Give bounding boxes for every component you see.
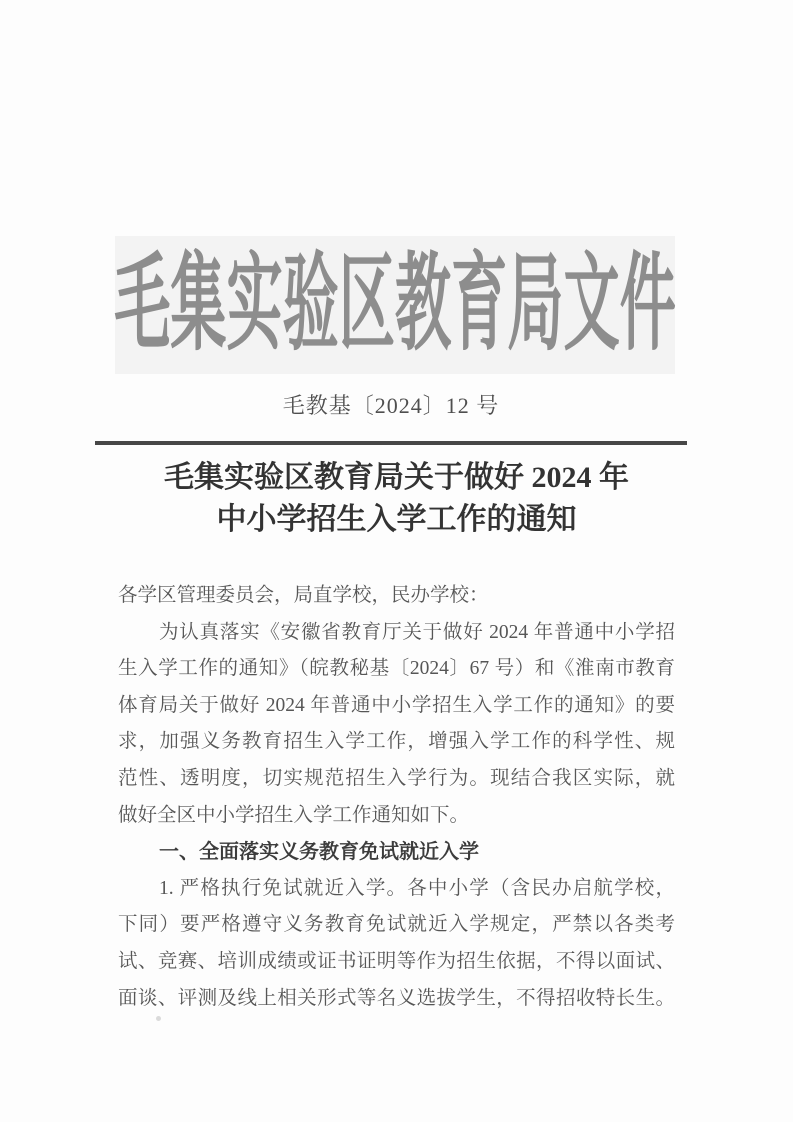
- body-line: 试、竞赛、培训成绩或证书证明等作为招生依据，不得以面试、: [118, 944, 675, 981]
- header-separator-rule: [95, 441, 687, 445]
- body-line: 求，加强义务教育招生入学工作，增强入学工作的科学性、规: [118, 724, 675, 761]
- body-line: 1. 严格执行免试就近入学。各中小学（含民办启航学校，: [118, 871, 675, 908]
- document-title-line-2: 中小学招生入学工作的通知: [0, 499, 793, 541]
- body-line: 为认真落实《安徽省教育厅关于做好 2024 年普通中小学招: [118, 615, 675, 652]
- agency-letterhead-banner: 毛集实验区教育局文件: [115, 236, 675, 374]
- body-line: 做好全区中小学招生入学工作通知如下。: [118, 798, 675, 835]
- document-reference-number: 毛教基〔2024〕12 号: [95, 389, 687, 420]
- body-line: 面谈、评测及线上相关形式等名义选拔学生，不得招收特长生。: [118, 981, 675, 1018]
- document-body: 各学区管理委员会，局直学校，民办学校：为认真落实《安徽省教育厅关于做好 2024…: [118, 578, 675, 1017]
- body-line: 生入学工作的通知》（皖教秘基〔2024〕67 号）和《淮南市教育: [118, 651, 675, 688]
- scanned-document-page: 毛集实验区教育局文件 毛教基〔2024〕12 号 毛集实验区教育局关于做好 20…: [0, 0, 793, 1122]
- section-heading: 一、全面落实义务教育免试就近入学: [118, 834, 675, 871]
- document-title-line-1: 毛集实验区教育局关于做好 2024 年: [0, 457, 793, 499]
- agency-name-text: 毛集实验区教育局文件: [114, 252, 676, 358]
- body-line: 下同）要严格遵守义务教育免试就近入学规定，严禁以各类考: [118, 907, 675, 944]
- scan-speckle-artifact: [156, 1016, 161, 1021]
- body-line: 范性、透明度，切实规范招生入学行为。现结合我区实际，就: [118, 761, 675, 798]
- body-line: 各学区管理委员会，局直学校，民办学校：: [118, 578, 675, 615]
- body-line: 体育局关于做好 2024 年普通中小学招生入学工作的通知》的要: [118, 688, 675, 725]
- document-title: 毛集实验区教育局关于做好 2024 年 中小学招生入学工作的通知: [0, 457, 793, 541]
